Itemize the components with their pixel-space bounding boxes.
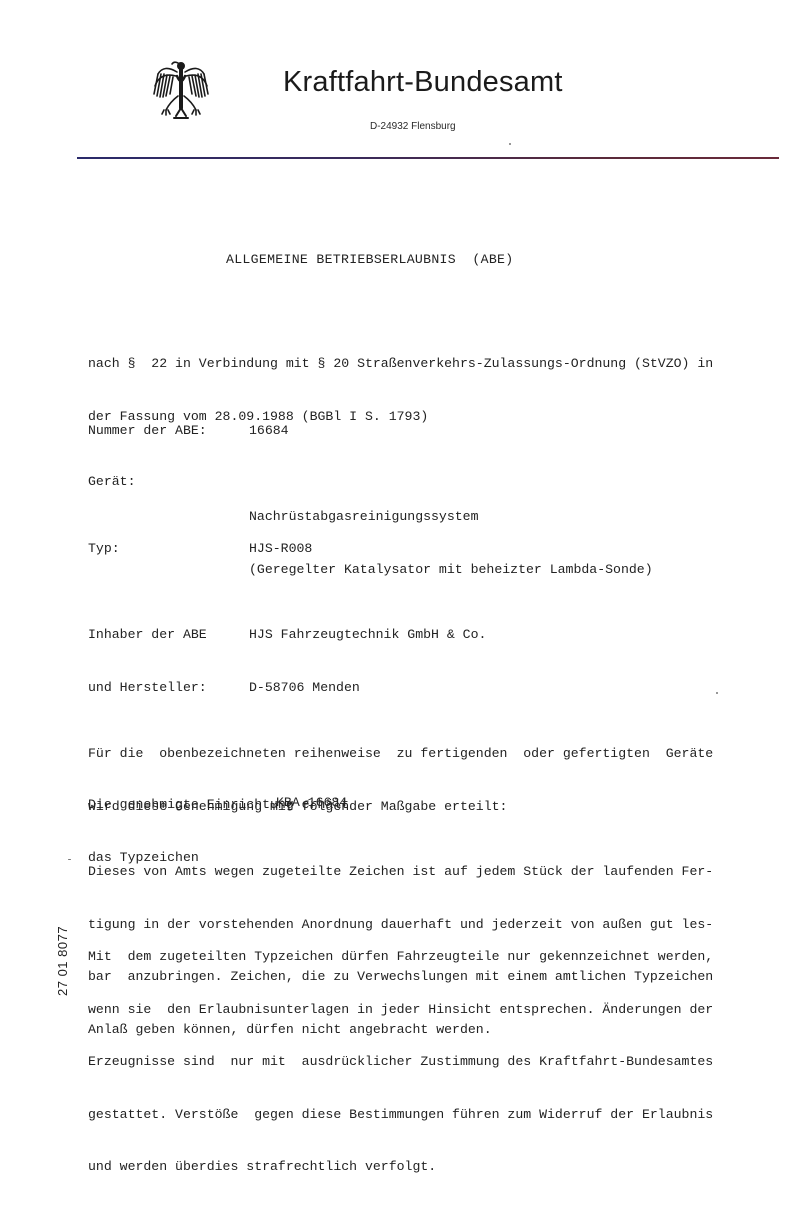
field-label-line: und Hersteller: [88, 679, 207, 697]
scan-speck [716, 692, 718, 694]
form-code: 27 01 8077 [55, 926, 70, 996]
device-value-line: Nachrüstabgasreinigungssystem [249, 508, 653, 526]
document-title: ALLGEMEINE BETRIEBSERLAUBNIS (ABE) [226, 251, 513, 269]
holder-value-line: D-58706 Menden [249, 679, 486, 697]
field-label: Nummer der ABE: [88, 422, 207, 440]
paragraph-line: und werden überdies strafrechtlich verfo… [88, 1158, 713, 1176]
header-divider [77, 157, 779, 159]
device-value-line: (Geregelter Katalysator mit beheizter La… [249, 561, 653, 579]
abe-number-value: 16684 [249, 422, 289, 440]
paragraph-line: Für die obenbezeichneten reihenweise zu … [88, 745, 713, 763]
paragraph-line: gestattet. Verstöße gegen diese Bestimmu… [88, 1106, 713, 1124]
scan-speck [68, 859, 71, 860]
paragraph-line: Mit dem zugeteilten Typzeichen dürfen Fa… [88, 948, 713, 966]
usage-paragraph: Mit dem zugeteilten Typzeichen dürfen Fa… [88, 913, 713, 1193]
agency-name: Kraftfahrt-Bundesamt [283, 66, 563, 99]
paragraph-line: wenn sie den Erlaubnisunterlagen in jede… [88, 1001, 713, 1019]
type-value: HJS-R008 [249, 540, 312, 558]
field-label: Typ: [88, 540, 120, 558]
federal-eagle-icon [150, 58, 212, 122]
agency-address: D-24932 Flensburg [370, 121, 456, 132]
field-label-line: Inhaber der ABE [88, 626, 207, 644]
legal-basis-line: nach § 22 in Verbindung mit § 20 Straßen… [88, 355, 713, 373]
holder-value-line: HJS Fahrzeugtechnik GmbH & Co. [249, 626, 486, 644]
paragraph-line: Dieses von Amts wegen zugeteilte Zeichen… [88, 863, 713, 881]
type-mark: KBA 16684 [276, 794, 347, 812]
paragraph-line: Erzeugnisse sind nur mit ausdrücklicher … [88, 1053, 713, 1071]
field-label: Gerät: [88, 473, 135, 491]
scan-speck [509, 143, 511, 145]
